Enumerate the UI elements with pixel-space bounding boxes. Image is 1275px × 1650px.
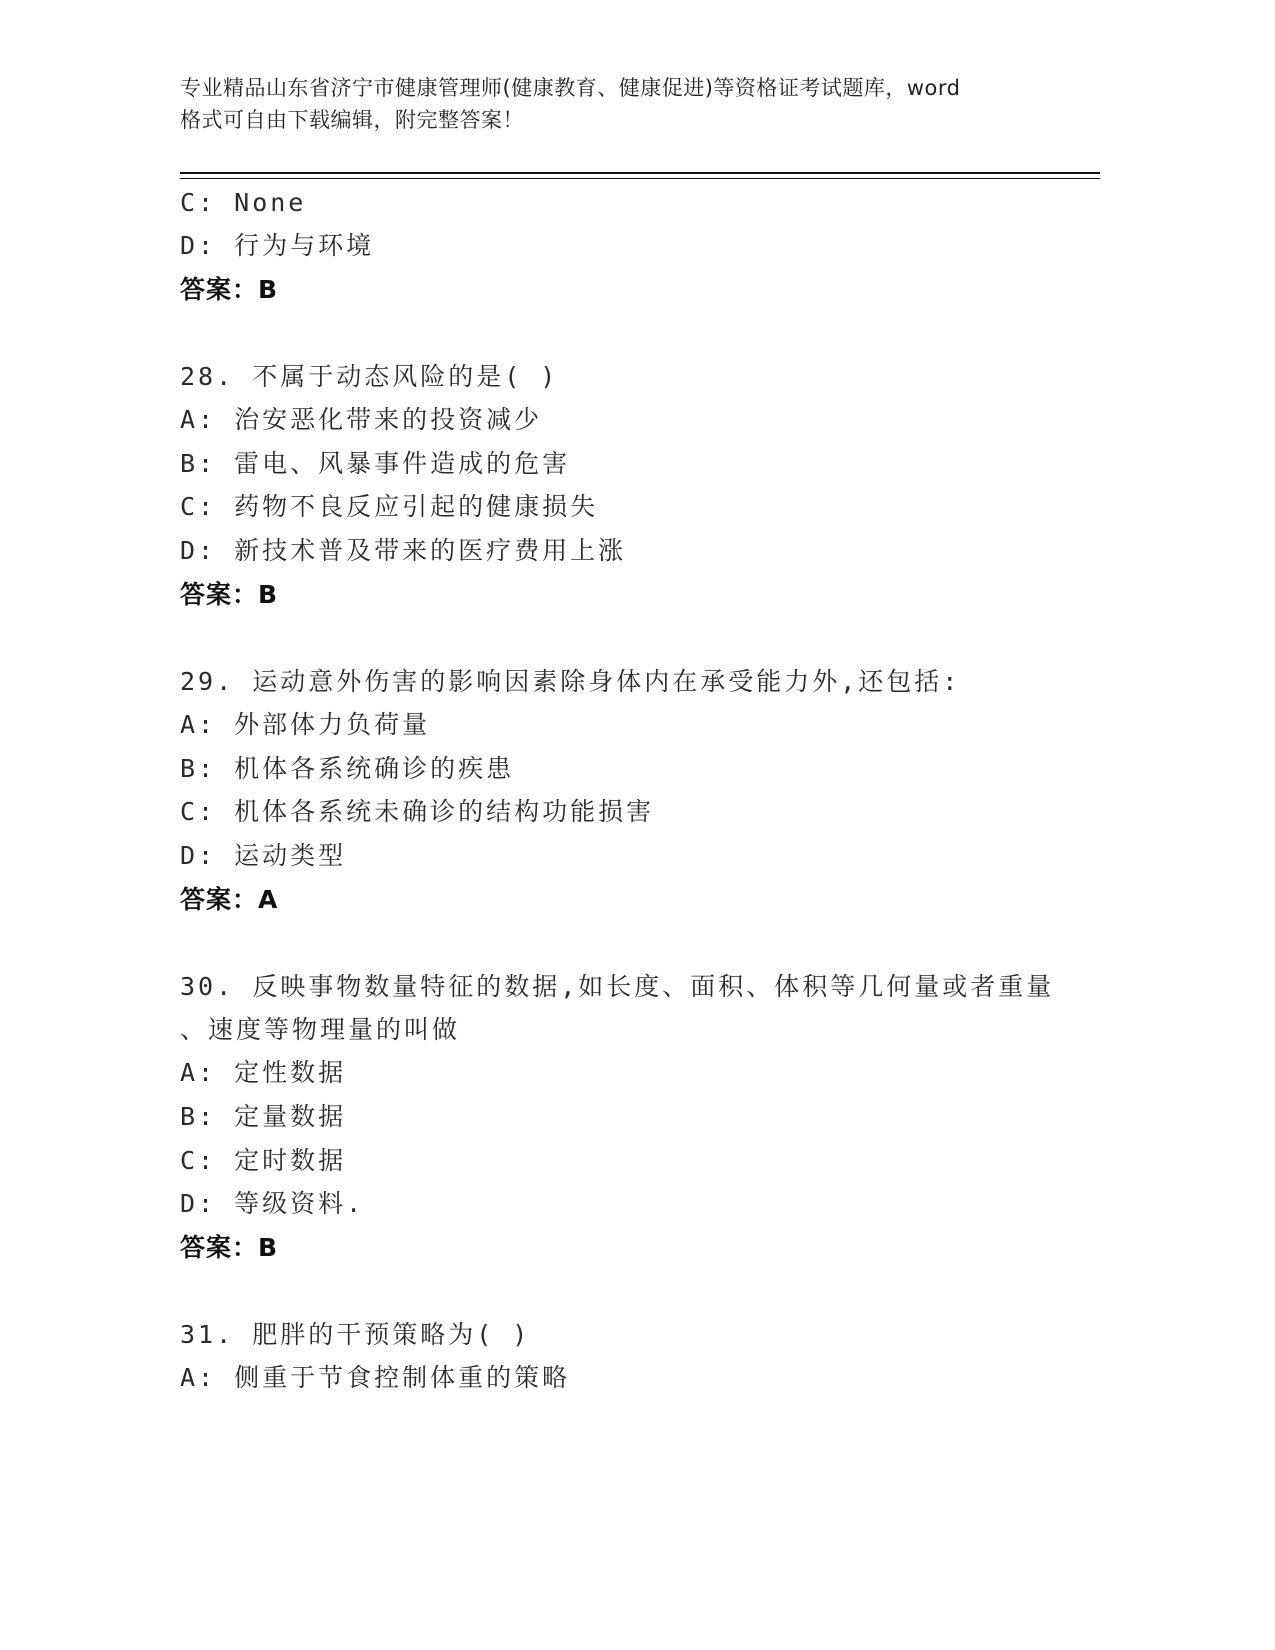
option-c: C: None xyxy=(180,188,306,218)
answer: 答案：B xyxy=(180,580,278,610)
question-stem-continued: 、速度等物理量的叫做 xyxy=(180,1015,460,1045)
option-c: C: 药物不良反应引起的健康损失 xyxy=(180,492,598,522)
option-d: D: 新技术普及带来的医疗费用上涨 xyxy=(180,536,626,566)
answer: 答案：A xyxy=(180,885,278,915)
option-d: D: 等级资料. xyxy=(180,1189,364,1219)
question-stem: 30. 反映事物数量特征的数据,如长度、面积、体积等几何量或者重量 xyxy=(180,972,1054,1002)
document-header: 专业精品山东省济宁市健康管理师(健康教育、健康促进)等资格证考试题库，word … xyxy=(180,72,1060,136)
option-c: C: 机体各系统未确诊的结构功能损害 xyxy=(180,797,654,827)
header-line-1: 专业精品山东省济宁市健康管理师(健康教育、健康促进)等资格证考试题库，word xyxy=(180,72,1060,104)
question-stem: 29. 运动意外伤害的影响因素除身体内在承受能力外,还包括: xyxy=(180,667,960,697)
question-stem: 31. 肥胖的干预策略为( ) xyxy=(180,1320,530,1350)
header-divider-thin xyxy=(180,178,1100,179)
answer: 答案：B xyxy=(180,275,278,305)
option-a: A: 定性数据 xyxy=(180,1058,346,1088)
header-divider-thick xyxy=(180,172,1100,174)
option-d: D: 行为与环境 xyxy=(180,231,374,261)
option-b: B: 雷电、风暴事件造成的危害 xyxy=(180,449,570,479)
option-a: A: 治安恶化带来的投资减少 xyxy=(180,405,542,435)
header-line-2: 格式可自由下载编辑，附完整答案！ xyxy=(180,104,1060,136)
option-d: D: 运动类型 xyxy=(180,841,346,871)
option-c: C: 定时数据 xyxy=(180,1146,346,1176)
option-b: B: 机体各系统确诊的疾患 xyxy=(180,754,514,784)
option-b: B: 定量数据 xyxy=(180,1102,346,1132)
question-stem: 28. 不属于动态风险的是( ) xyxy=(180,362,558,392)
answer: 答案：B xyxy=(180,1233,278,1263)
option-a: A: 侧重于节食控制体重的策略 xyxy=(180,1363,570,1393)
option-a: A: 外部体力负荷量 xyxy=(180,710,430,740)
